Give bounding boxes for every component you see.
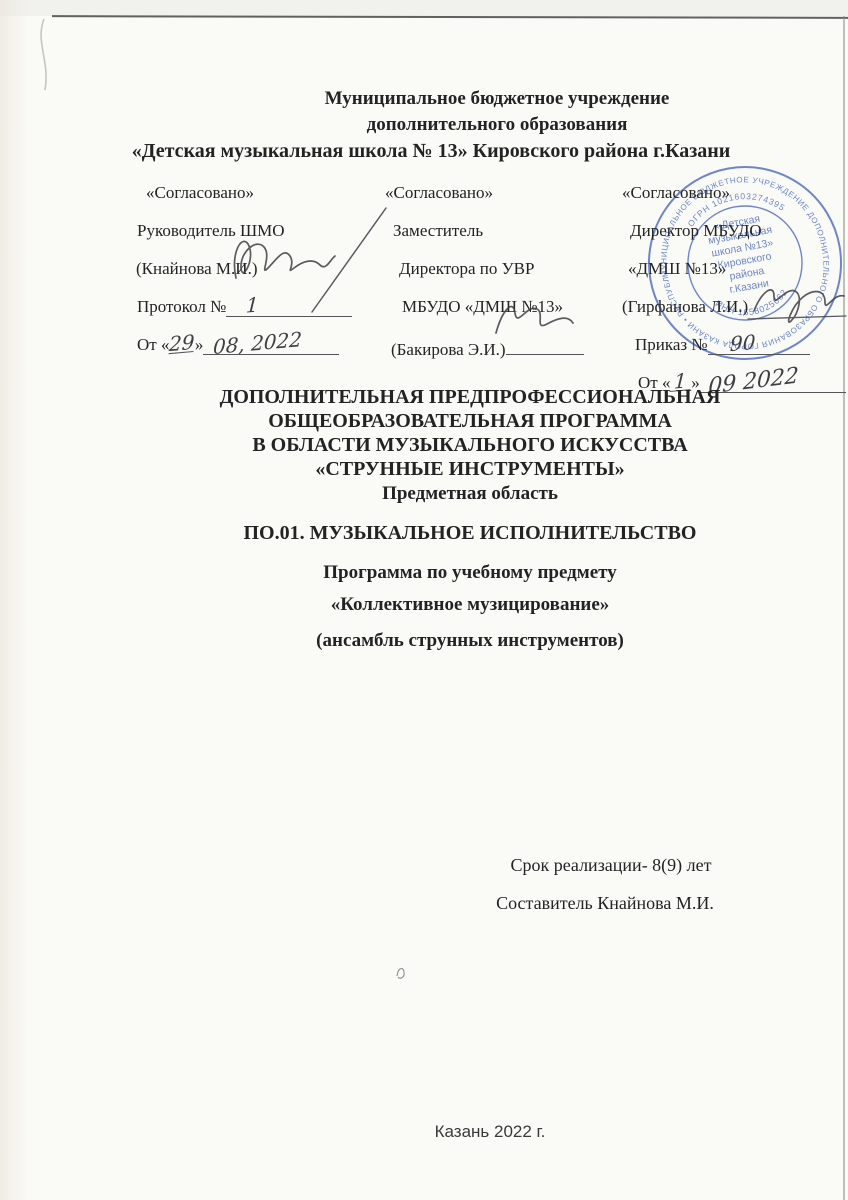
author-text: Составитель Кнайнова М.И. bbox=[181, 893, 848, 914]
approval-col2-org: МБУДО «ДМШ №13» bbox=[402, 296, 563, 318]
signatures-overlay bbox=[130, 180, 848, 395]
program-title-line-3: В ОБЛАСТИ МУЗЫКАЛЬНОГО ИСКУССТВА bbox=[46, 434, 848, 457]
program-title-line-4: «СТРУННЫЕ ИНСТРУМЕНТЫ» bbox=[46, 458, 848, 481]
date-underline: 08, 2022 bbox=[203, 334, 339, 355]
header-line-3: «Детская музыкальная школа № 13» Кировск… bbox=[14, 140, 848, 163]
footer-city-year: Казань 2022 г. bbox=[66, 1122, 848, 1142]
date-prefix: От « bbox=[137, 335, 169, 354]
program-title-line-1: ДОПОЛНИТЕЛЬНАЯ ПРЕДПРОФЕССИОНАЛЬНАЯ bbox=[46, 386, 848, 409]
protocol-underline: 1 bbox=[226, 296, 352, 317]
duration-text: Срок реализации- 8(9) лет bbox=[187, 855, 848, 876]
stamp-center-line: г.Казани bbox=[729, 277, 770, 296]
program-title-line-2: ОБЩЕОБРАЗОВАТЕЛЬНАЯ ПРОГРАММА bbox=[46, 410, 848, 433]
approval-col3-title: «Согласовано» bbox=[622, 182, 730, 204]
protocol-label: Протокол № bbox=[137, 297, 226, 316]
scan-top-margin bbox=[0, 0, 848, 16]
approval-col1-role: Руководитель ШМО bbox=[137, 220, 285, 242]
approval-col3-role: Директор МБУДО bbox=[630, 220, 762, 242]
order-underline: 90 bbox=[708, 334, 810, 355]
pen-mark bbox=[395, 964, 409, 982]
signature-girfanova bbox=[754, 290, 844, 322]
subject-area-title: ПО.01. МУЗЫКАЛЬНОЕ ИСПОЛНИТЕЛЬСТВО bbox=[46, 522, 848, 545]
signature-girfanova-underline bbox=[748, 316, 846, 319]
scan-top-edge-line bbox=[52, 15, 848, 19]
approval-col2-role2: Директора по УВР bbox=[399, 258, 534, 280]
scan-left-shade bbox=[0, 0, 28, 1200]
order-label: Приказ № bbox=[635, 335, 708, 354]
program-subject-line-3: (ансамбль струнных инструментов) bbox=[46, 630, 848, 652]
header-line-1: Муниципальное бюджетное учреждение bbox=[146, 88, 848, 110]
handwritten-protocol-number: 1 bbox=[246, 295, 260, 314]
stamp-center-line: района bbox=[729, 265, 766, 283]
signature-underline bbox=[506, 334, 584, 355]
approval-col1-date: От «29»08, 2022 bbox=[137, 334, 339, 356]
handwritten-date-value: 08, 2022 bbox=[213, 330, 303, 356]
approver-name: (Бакирова Э.И.) bbox=[391, 340, 506, 359]
handwritten-date-day: 29 bbox=[169, 333, 195, 354]
approval-col2-role1: Заместитель bbox=[393, 220, 483, 242]
approval-col1-name: (Кнайнова М.И.) bbox=[136, 258, 258, 280]
approval-col1-protocol: Протокол №1 bbox=[137, 296, 352, 318]
subject-area-label: Предметная область bbox=[46, 483, 848, 505]
header-line-2: дополнительного образования bbox=[146, 114, 848, 136]
program-subject-line-2: «Коллективное музицирование» bbox=[46, 594, 848, 616]
scanned-title-page: Муниципальное бюджетное учреждение допол… bbox=[0, 0, 848, 1200]
handwritten-order-number: 90 bbox=[729, 333, 755, 353]
approval-col3-org: «ДМШ №13» bbox=[628, 258, 726, 280]
scan-crease-mark bbox=[30, 14, 72, 98]
program-subject-line-1: Программа по учебному предмету bbox=[46, 562, 848, 584]
approval-col3-name: (Гирфанова Л.И.) bbox=[622, 296, 748, 318]
date-close-quote: » bbox=[195, 335, 204, 354]
approval-col1-title: «Согласовано» bbox=[146, 182, 254, 204]
approval-col3-order: Приказ №90 bbox=[635, 334, 810, 356]
approval-col2-title: «Согласовано» bbox=[385, 182, 493, 204]
approval-col2-name: (Бакирова Э.И.) bbox=[391, 334, 584, 361]
